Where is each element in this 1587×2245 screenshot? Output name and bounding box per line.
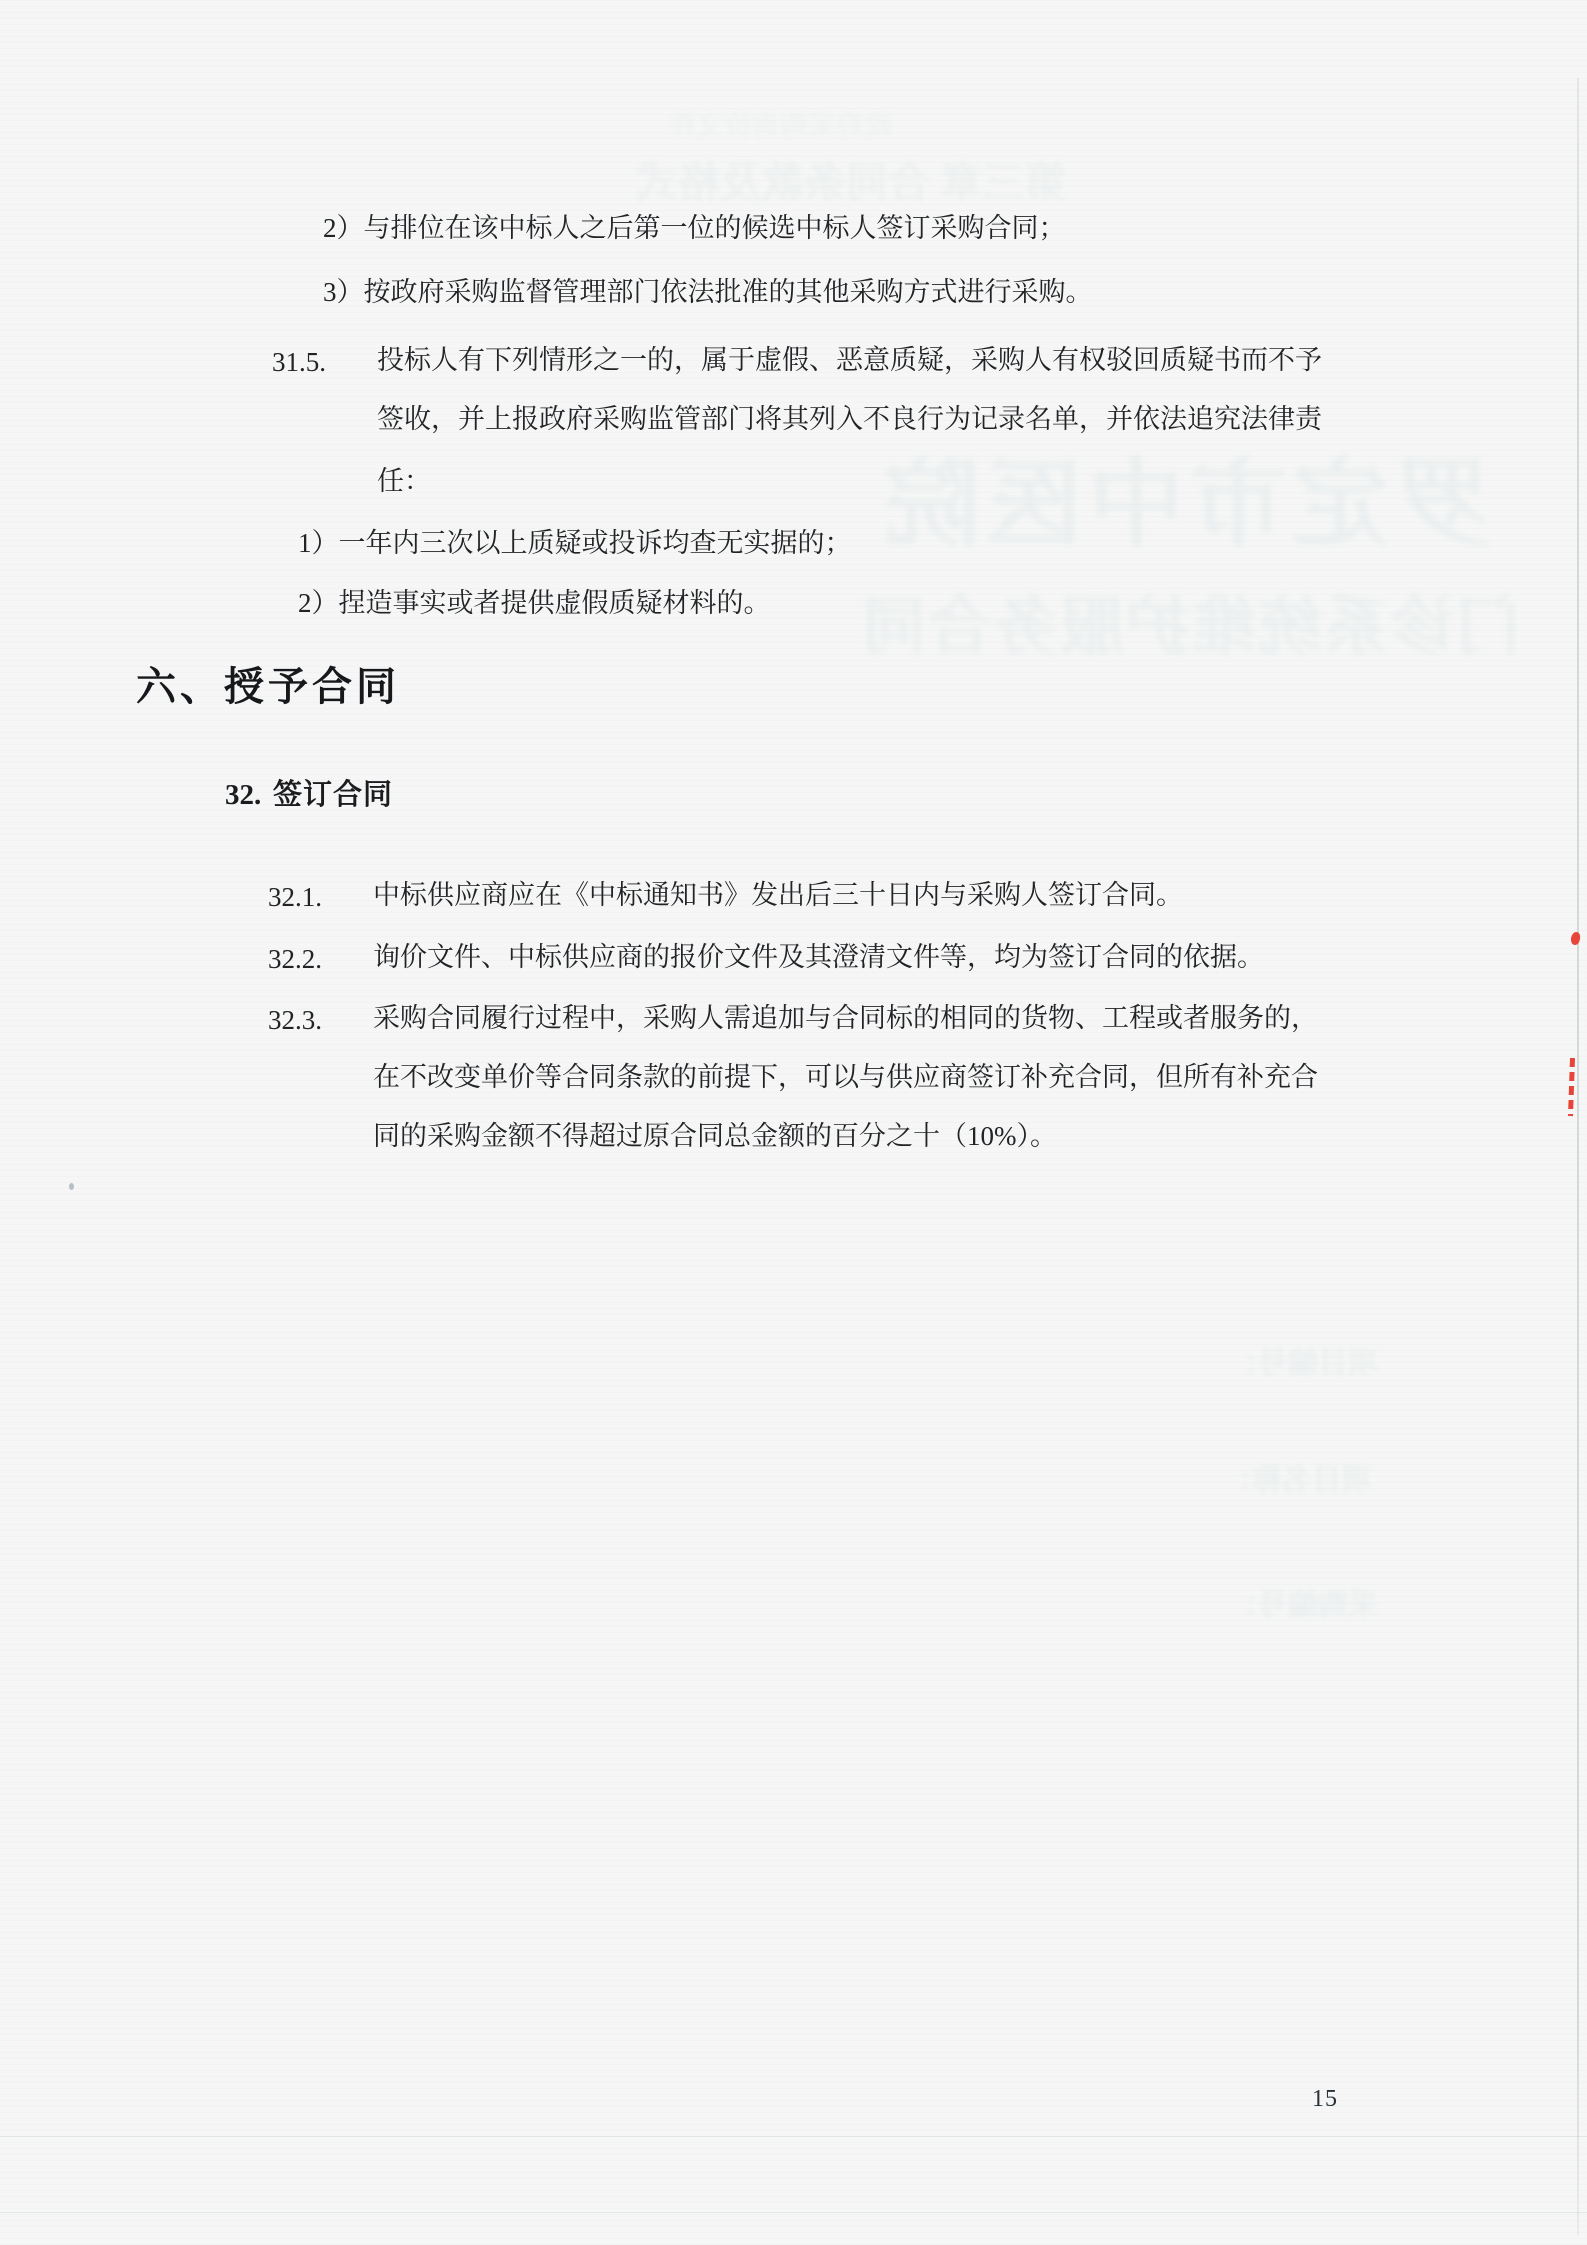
scanned-document-page: { "colors": { "paper": "#f5f6f5", "ink":… <box>0 0 1587 2245</box>
clause-32-3-line-2: 在不改变单价等合同条款的前提下，可以与供应商签订补充合同，但所有补充合 <box>373 1062 1318 1093</box>
clause-31-5-line-1: 投标人有下列情形之一的，属于虚假、恶意质疑，采购人有权驳回质疑书而不予 <box>377 345 1322 376</box>
clause-32-1-line-1: 中标供应商应在《中标通知书》发出后三十日内与采购人签订合同。 <box>373 880 1183 911</box>
bleedthrough-title-line-2: 门诊系统维护服务合同 <box>860 576 1520 668</box>
scan-band-line-upper <box>0 2136 1587 2137</box>
bleedthrough-title-line-1: 罗定市中医院 <box>878 428 1490 565</box>
clause-32-1-number: 32.1. <box>268 882 322 913</box>
bleedthrough-top-line-2: 第三章 合同条款及格式 <box>636 150 1067 210</box>
bleedthrough-form-label-2: 项目名称： <box>1222 1455 1372 1499</box>
red-ink-dot <box>1570 931 1581 945</box>
section-6-heading: 六、授予合同 <box>136 664 400 710</box>
bleedthrough-form-label-1: 项目编号： <box>1228 1338 1378 1382</box>
scan-speck <box>69 1183 74 1190</box>
red-ink-dashed-mark <box>1568 1058 1575 1116</box>
page-number: 15 <box>1312 2086 1338 2113</box>
clause-31-5-line-2: 签收，并上报政府采购监管部门将其列入不良行为记录名单，并依法追究法律责 <box>377 404 1322 435</box>
clause-32-2-number: 32.2. <box>268 944 322 975</box>
bleedthrough-form-label-3: 采购编号： <box>1228 1580 1378 1624</box>
clause-32-title: 签订合同 <box>273 779 393 812</box>
clause-32-3-line-1: 采购合同履行过程中，采购人需追加与合同标的相同的货物、工程或者服务的， <box>373 1003 1318 1034</box>
clause-31-4-item-2: 2）与排位在该中标人之后第一位的候选中标人签订采购合同； <box>323 213 1066 244</box>
clause-32-number: 32. <box>225 779 261 812</box>
clause-31-5-item-1: 1）一年内三次以上质疑或投诉均查无实据的； <box>298 528 852 559</box>
scan-band-line-lower <box>0 2212 1587 2213</box>
clause-31-5-line-3: 任： <box>377 466 431 497</box>
clause-32-3-line-3: 同的采购金额不得超过原合同总金额的百分之十（10%）。 <box>373 1121 1057 1152</box>
clause-31-5-number: 31.5. <box>272 347 326 378</box>
clause-32-2-line-1: 询价文件、中标供应商的报价文件及其澄清文件等，均为签订合同的依据。 <box>373 942 1264 973</box>
clause-31-5-item-2: 2）捏造事实或者提供虚假质疑材料的。 <box>298 588 771 619</box>
page-edge-line <box>1577 78 1579 2235</box>
clause-32-3-number: 32.3. <box>268 1005 322 1036</box>
clause-31-4-item-3: 3）按政府采购监督管理部门依法批准的其他采购方式进行采购。 <box>323 277 1093 308</box>
bleedthrough-top-line-1: 政府采购询价文件 <box>668 104 892 144</box>
